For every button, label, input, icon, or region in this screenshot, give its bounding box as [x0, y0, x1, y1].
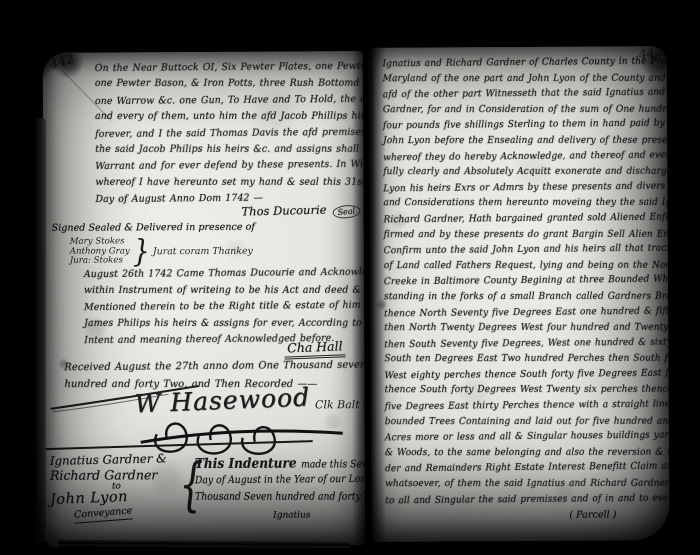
manuscript-line: fully clearly and Absolutely Acquitt exo… — [383, 164, 665, 180]
manuscript-line: Richard Gardner, Hath bargained granted … — [383, 210, 665, 228]
margin-grantor-2: Richard Gardner — [50, 467, 182, 483]
manuscript-line: Maryland of the one part and John Lyon o… — [383, 70, 665, 86]
indenture-lines: Day of August in the Year of our Lord On… — [195, 471, 354, 506]
left-page-number: 442 — [48, 51, 76, 73]
manuscript-line: Confirm unto the said John Lyon and his … — [384, 241, 666, 259]
manuscript-line: then North Twenty Degrees West four hund… — [384, 320, 666, 336]
manuscript-line: thence South forty Degrees West Twenty s… — [385, 382, 667, 398]
right-page: 443 Ignatius and Richard Gardner of Char… — [368, 46, 669, 542]
manuscript-line: firmed and by these presents do grant Ba… — [384, 226, 666, 242]
manuscript-line: five Degrees East thirty Perches thence … — [385, 397, 667, 415]
deed-body-paragraph: Ignatius and Richard Gardner of Charles … — [383, 54, 668, 508]
manuscript-line: Received August the 27th anno dom One Th… — [64, 357, 355, 377]
manuscript-line: whereof I have hereunto set my hand & se… — [95, 175, 365, 192]
manuscript-line: standing in the forks of a small Branch … — [384, 289, 666, 305]
manuscript-line: whatsoever, of them the said Ignatius an… — [385, 476, 667, 492]
indenture-opening-words: This Indenture — [195, 456, 297, 473]
clerk-signature-flourish — [137, 403, 347, 456]
manuscript-line: forever, and I the said Thomas Davis the… — [95, 124, 365, 143]
manuscript-line: Creeke in Baltimore County Begining at t… — [384, 272, 666, 290]
manuscript-line: Mentioned therein to be the Right title … — [84, 298, 365, 317]
manuscript-line: Day of August in the Year of our Lord On… — [195, 471, 354, 490]
microfilm-scan: 442 On the Near Buttock OI, Six Pewter P… — [0, 0, 700, 555]
manuscript-line: thence North Seventy five Degrees East o… — [384, 303, 666, 321]
manuscript-line: the said Jacob Philips his heirs &c. and… — [95, 142, 365, 159]
left-page-catchword: Ignatius — [273, 510, 310, 520]
witness-note: Jurat coram Thankey — [153, 246, 253, 258]
book-page-edges-bottom — [58, 540, 350, 549]
attestation-heading: Signed Sealed & Delivered in presence of — [52, 222, 255, 234]
witness-names: Mary StokesAnthony GrayJura: Stokes — [70, 237, 130, 267]
manuscript-line: within Instrument of writeing to be his … — [84, 282, 365, 299]
manuscript-line: and Considerations them hereunto moveing… — [383, 195, 665, 211]
manuscript-line: Thousand Seven hundred and forty Two, Be… — [195, 489, 353, 506]
acknowledgment-paragraph: August 26th 1742 Came Thomas Ducourie an… — [84, 265, 365, 350]
grantor-signature-name: Thos Ducourie — [241, 203, 326, 219]
manuscript-line: Acres more or less and all & Singular ho… — [385, 428, 667, 446]
manuscript-line: Warrant and for ever defend by these pre… — [95, 157, 365, 176]
book-gutter-shadow — [352, 34, 386, 548]
manuscript-line: afd of the other part Witnesseth that th… — [383, 85, 665, 103]
manuscript-line: On the Near Buttock OI, Six Pewter Plate… — [95, 59, 366, 78]
grantor-signature: Thos Ducourie Seal — [242, 203, 361, 219]
manuscript-line: and every of them, unto him the afd Jaco… — [95, 109, 365, 126]
manuscript-line: four pounds five shillings Sterling to t… — [383, 116, 665, 134]
margin-doc-type: Conveyance — [74, 503, 133, 523]
next-deed-opening: This Indenture made this Seventeenth Day… — [195, 455, 354, 506]
book-page-edges-left — [34, 118, 46, 542]
witness-brace: } — [133, 234, 150, 270]
manuscript-line: South ten Degrees East Two hundred Perch… — [384, 351, 666, 367]
manuscript-line: James Philips his heirs & assigns for ev… — [84, 316, 365, 333]
manuscript-line: Ignatius and Richard Gardner of Charles … — [383, 54, 665, 72]
left-page: 442 On the Near Buttock OI, Six Pewter P… — [43, 51, 366, 547]
margin-index-entry: Ignatius Gardner & Richard Gardner to Jo… — [50, 452, 182, 522]
witness-block: Mary StokesAnthony GrayJura: Stokes } Ju… — [70, 236, 253, 268]
page-crease-line — [49, 56, 119, 126]
manuscript-line: whereof they do hereby Acknowledge, and … — [383, 147, 665, 165]
manuscript-line: one Warrow &c. one Gun, To Have and To H… — [95, 91, 365, 110]
right-page-catchword: ( Parcell ) — [569, 509, 616, 520]
manuscript-line: John Lyon before the Ensealing and deliv… — [383, 133, 665, 149]
manuscript-line: one Pewter Bason, & Iron Potts, three Ru… — [95, 76, 365, 93]
manuscript-line: to all and Singular the said premisses a… — [385, 490, 667, 508]
manuscript-line: August 26th 1742 Came Thomas Ducourie an… — [84, 265, 365, 284]
deed-closing-paragraph: On the Near Buttock OI, Six Pewter Plate… — [95, 59, 366, 208]
manuscript-line: der and Remainders Right Estate Interest… — [385, 459, 667, 477]
next-deed-first-line: This Indenture made this Seventeenth — [195, 455, 353, 472]
